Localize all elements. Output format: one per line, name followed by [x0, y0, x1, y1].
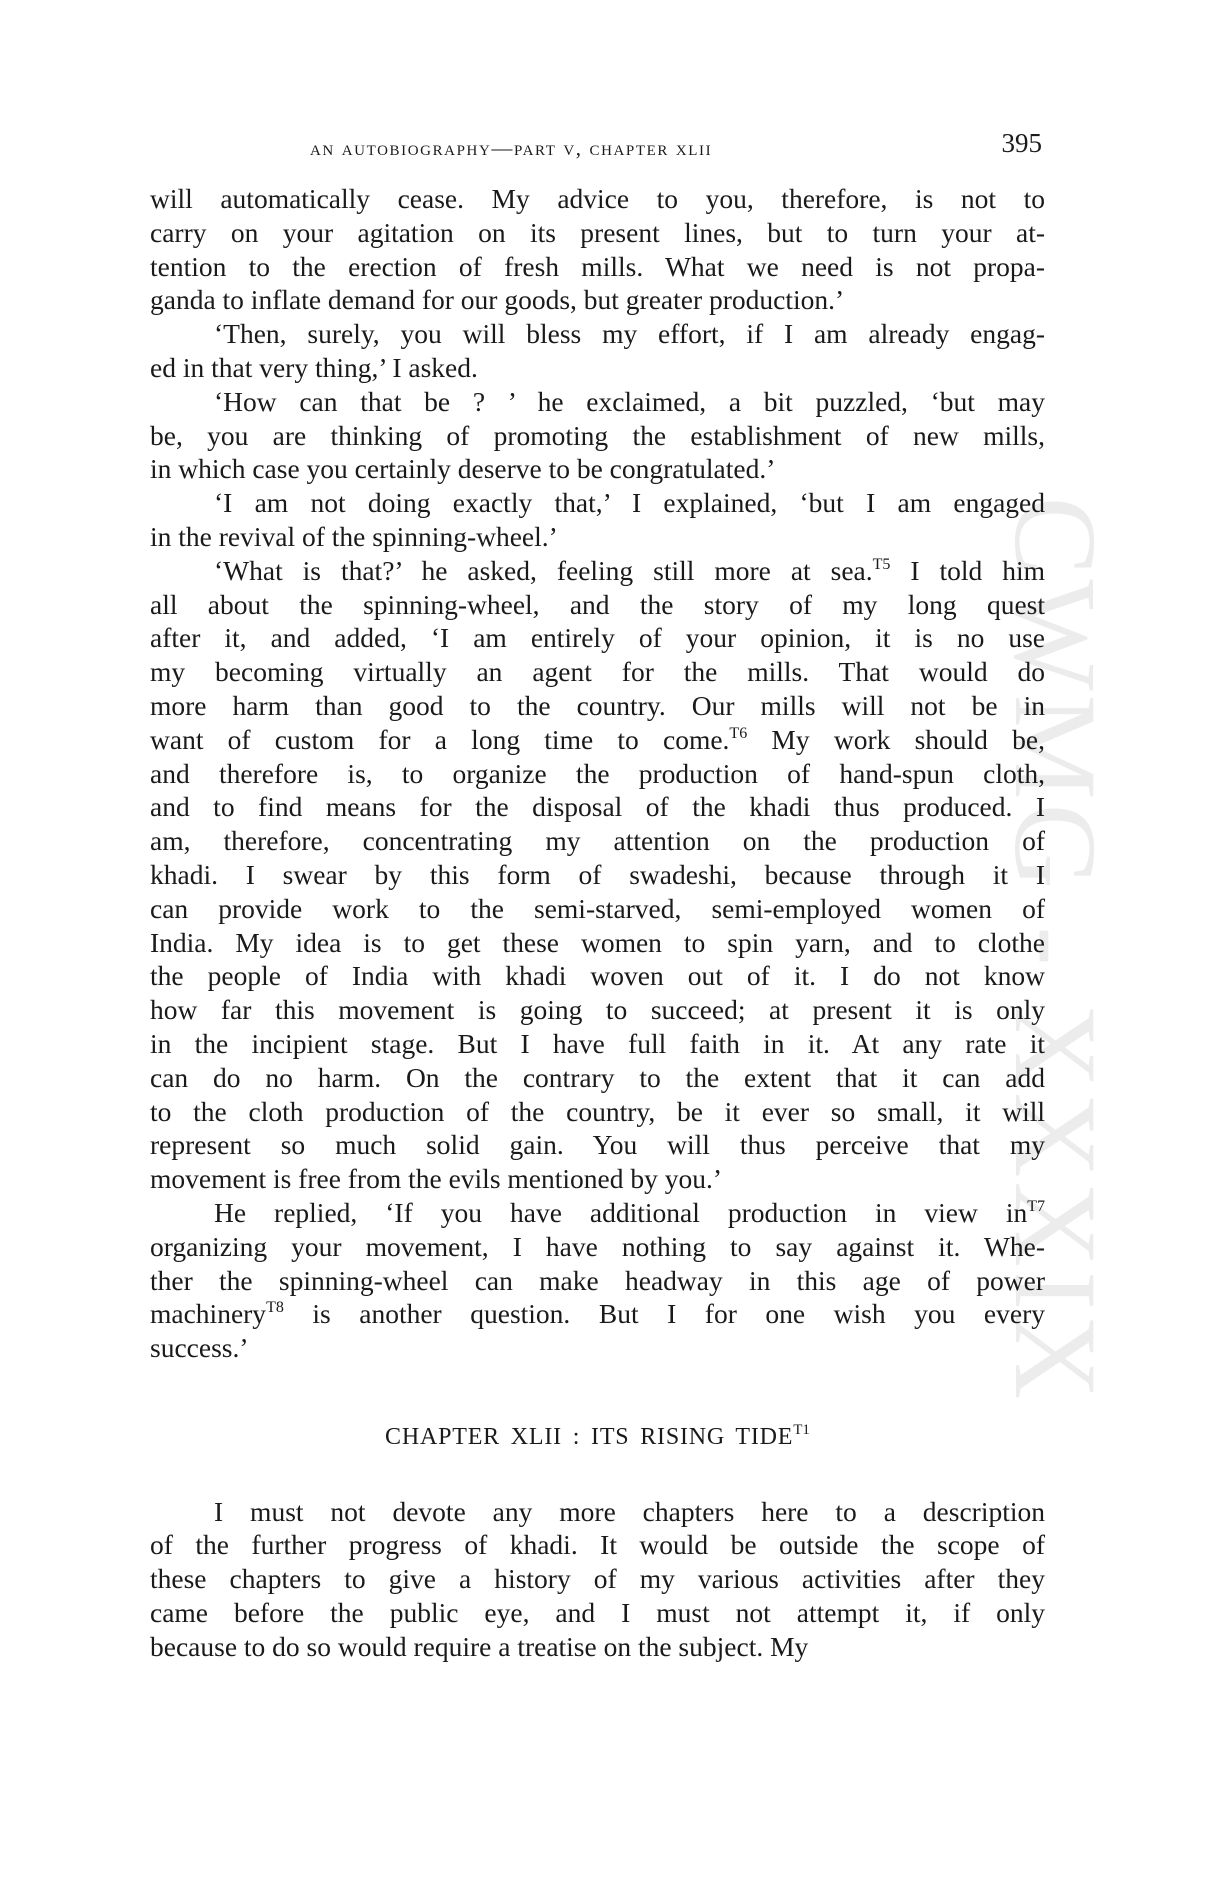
- text-line: want of custom for a long time to come.T…: [150, 723, 1045, 757]
- text-line: can provide work to the semi-starved, se…: [150, 892, 1045, 926]
- text-line: am, therefore, concentrating my attentio…: [150, 824, 1045, 858]
- paragraph: ‘What is that?’ he asked, feeling still …: [150, 554, 1045, 1196]
- text-line: movement is free from the evils mentione…: [150, 1162, 1045, 1196]
- text-line: will automatically cease. My advice to y…: [150, 182, 1045, 216]
- text-line: in the incipient stage. But I have full …: [150, 1027, 1045, 1061]
- text-line: I must not devote any more chapters here…: [150, 1495, 1045, 1529]
- paragraph: ‘I am not doing exactly that,’ I explain…: [150, 486, 1045, 554]
- chapter-footnote-marker: T1: [793, 1422, 810, 1438]
- paragraph: will automatically cease. My advice to y…: [150, 182, 1045, 317]
- text-line: more harm than good to the country. Our …: [150, 689, 1045, 723]
- text-line: ganda to inflate demand for our goods, b…: [150, 283, 1045, 317]
- text-line: ‘I am not doing exactly that,’ I explain…: [150, 486, 1045, 520]
- paragraph: I must not devote any more chapters here…: [150, 1495, 1045, 1664]
- text-line: and to find means for the disposal of th…: [150, 790, 1045, 824]
- text-line: in which case you certainly deserve to b…: [150, 452, 1045, 486]
- text-line: He replied, ‘If you have additional prod…: [150, 1196, 1045, 1230]
- footnote-marker: T8: [266, 1299, 284, 1316]
- text-line: after it, and added, ‘I am entirely of y…: [150, 621, 1045, 655]
- text-line: my becoming virtually an agent for the m…: [150, 655, 1045, 689]
- running-title: AN AUTOBIOGRAPHY—PART V, CHAPTER XLII: [310, 136, 712, 161]
- text-line: tention to the erection of fresh mills. …: [150, 250, 1045, 284]
- text-line: because to do so would require a treatis…: [150, 1630, 1045, 1664]
- text-line: of the further progress of khadi. It wou…: [150, 1528, 1045, 1562]
- text-line: represent so much solid gain. You will t…: [150, 1128, 1045, 1162]
- text-line: ‘Then, surely, you will bless my effort,…: [150, 317, 1045, 351]
- text-line: success.’: [150, 1331, 1045, 1365]
- page-number: 395: [1002, 128, 1043, 159]
- text-line: the people of India with khadi woven out…: [150, 959, 1045, 993]
- footnote-marker: T5: [873, 556, 891, 573]
- text-after-chapter: I must not devote any more chapters here…: [150, 1495, 1045, 1664]
- footnote-marker: T7: [1027, 1198, 1045, 1215]
- footnote-marker: T6: [729, 725, 747, 742]
- text-line: all about the spinning-wheel, and the st…: [150, 588, 1045, 622]
- chapter-title: CHAPTER XLII : ITS RISING TIDE: [385, 1424, 793, 1450]
- paragraph: ‘How can that be ? ’ he exclaimed, a bit…: [150, 385, 1045, 486]
- text-line: in the revival of the spinning-wheel.’: [150, 520, 1045, 554]
- text-before-chapter: will automatically cease. My advice to y…: [150, 182, 1045, 1365]
- text-line: came before the public eye, and I must n…: [150, 1596, 1045, 1630]
- chapter-heading: CHAPTER XLII : ITS RISING TIDET1: [150, 1421, 1045, 1455]
- text-line: khadi. I swear by this form of swadeshi,…: [150, 858, 1045, 892]
- text-line: India. My idea is to get these women to …: [150, 926, 1045, 960]
- text-line: ‘What is that?’ he asked, feeling still …: [150, 554, 1045, 588]
- text-line: can do no harm. On the contrary to the e…: [150, 1061, 1045, 1095]
- paragraph: He replied, ‘If you have additional prod…: [150, 1196, 1045, 1365]
- text-line: ‘How can that be ? ’ he exclaimed, a bit…: [150, 385, 1045, 419]
- body-text: will automatically cease. My advice to y…: [150, 182, 1045, 1664]
- running-head: AN AUTOBIOGRAPHY—PART V, CHAPTER XLII 39…: [150, 128, 1045, 168]
- paragraph: ‘Then, surely, you will bless my effort,…: [150, 317, 1045, 385]
- text-line: these chapters to give a history of my v…: [150, 1562, 1045, 1596]
- text-line: machineryT8 is another question. But I f…: [150, 1297, 1045, 1331]
- text-line: organizing your movement, I have nothing…: [150, 1230, 1045, 1264]
- text-line: and therefore is, to organize the produc…: [150, 757, 1045, 791]
- text-line: how far this movement is going to succee…: [150, 993, 1045, 1027]
- text-line: ther the spinning-wheel can make headway…: [150, 1264, 1045, 1298]
- text-line: to the cloth production of the country, …: [150, 1095, 1045, 1129]
- text-line: be, you are thinking of promoting the es…: [150, 419, 1045, 453]
- text-line: carry on your agitation on its present l…: [150, 216, 1045, 250]
- text-line: ed in that very thing,’ I asked.: [150, 351, 1045, 385]
